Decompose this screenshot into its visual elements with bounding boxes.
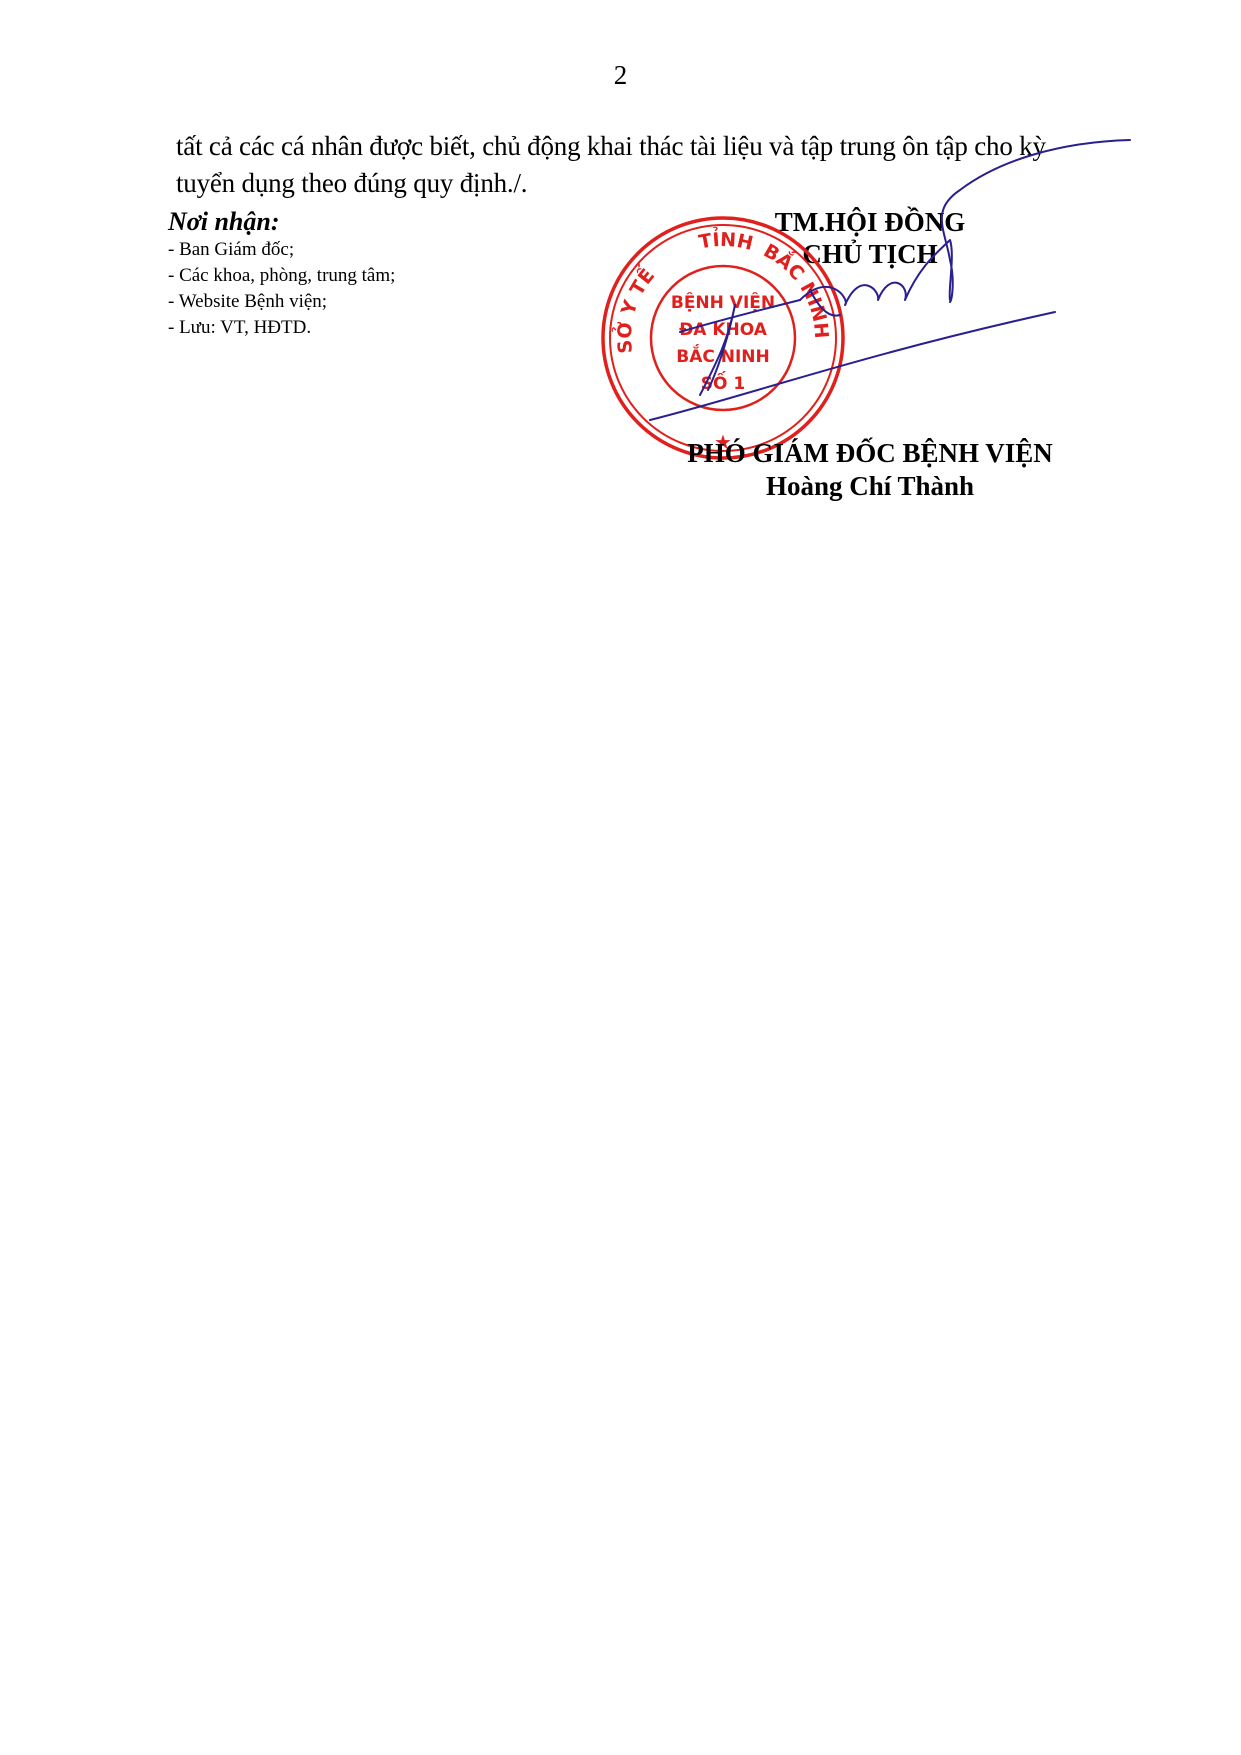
signer-position: PHÓ GIÁM ĐỐC BỆNH VIỆN	[660, 437, 1080, 470]
recipients-section: Nơi nhận: - Ban Giám đốc; - Các khoa, ph…	[168, 207, 395, 341]
official-stamp-icon: SỞ Y TẾ TỈNH BẮC NINH BỆNH VIỆN ĐA KHOA …	[598, 213, 848, 463]
stamp-center-line: BỆNH VIỆN	[671, 291, 775, 313]
stamp-ring-text: BẮC NINH	[760, 240, 833, 339]
body-paragraph: tất cả các cá nhân được biết, chủ động k…	[176, 128, 1156, 202]
recipient-item: - Lưu: VT, HĐTD.	[168, 315, 395, 341]
stamp-center-line: SỐ 1	[701, 370, 745, 394]
signer-block: PHÓ GIÁM ĐỐC BỆNH VIỆN Hoàng Chí Thành	[660, 437, 1080, 503]
recipient-item: - Website Bệnh viện;	[168, 289, 395, 315]
recipients-list: - Ban Giám đốc; - Các khoa, phòng, trung…	[168, 237, 395, 341]
stamp-ring-text: TỈNH	[697, 226, 755, 255]
recipient-item: - Ban Giám đốc;	[168, 237, 395, 263]
body-line: tất cả các cá nhân được biết, chủ động k…	[176, 128, 1156, 165]
signer-name: Hoàng Chí Thành	[660, 470, 1080, 503]
recipient-item: - Các khoa, phòng, trung tâm;	[168, 263, 395, 289]
body-line: tuyển dụng theo đúng quy định./.	[176, 165, 1156, 202]
stamp-center-line: BẮC NINH	[676, 343, 770, 367]
stamp-center-line: ĐA KHOA	[679, 320, 768, 340]
page-number: 2	[0, 60, 1241, 90]
recipients-title: Nơi nhận:	[168, 207, 395, 237]
